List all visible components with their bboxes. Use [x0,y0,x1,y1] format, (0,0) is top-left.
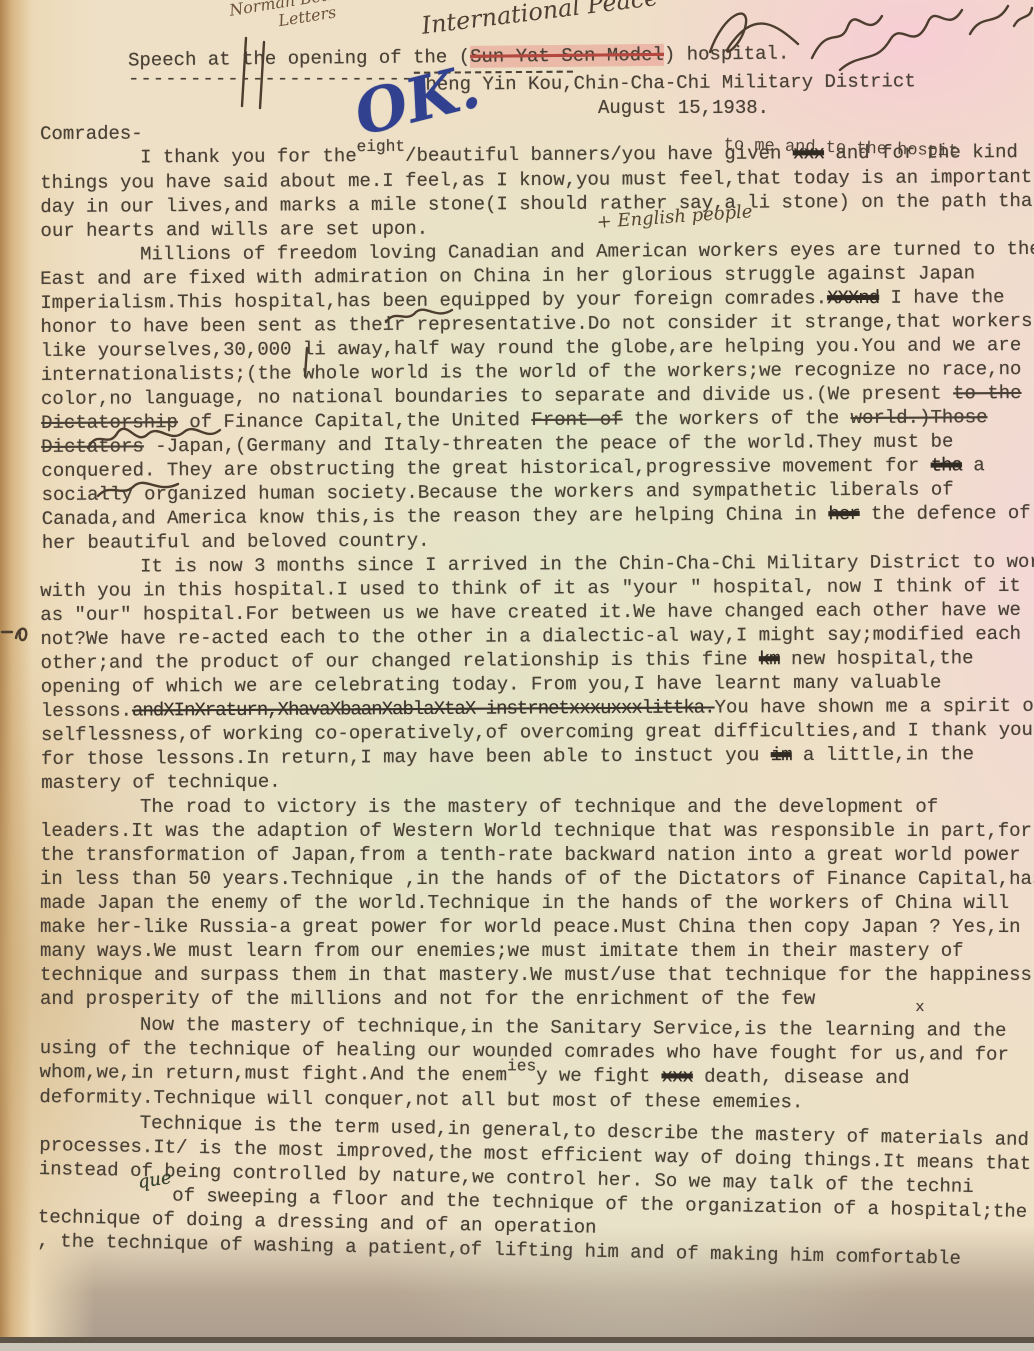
paragraph-3: It is now 3 months since I arrived in th… [40,550,1034,795]
paragraph-2: Millions of freedom loving Canadian and … [40,237,1034,555]
typed-segment: The road to victory is the mastery of te… [40,796,1034,1010]
paragraph-4: The road to victory is the mastery of te… [40,795,1034,1012]
title-struck-text: Sun Yat Sen Model [470,44,664,68]
typed-segment-xout: andXInXraturn,XhavaXbaanXablaXtaX instrn… [132,696,715,721]
typed-segment-blot: XXXnd [827,287,879,309]
typed-segment-blot: im [771,744,792,766]
document-body: Comrades-I thank you for theeight/beauti… [0,122,1034,1253]
paragraph-6: Technique is the term used,in general,to… [37,1109,1034,1272]
paragraph-1: I thank you for theeight/beautiful banne… [40,140,1034,243]
desk-surface [0,1343,1034,1351]
typed-segment: of Finance Capital,the United [178,409,532,433]
typed-segment: Comrades- [40,122,143,145]
scanned-document-page: Speech at the opening of the (Sun Yat Se… [0,0,1034,1351]
typed-segment: y we fight [536,1064,662,1087]
typed-segment-struck: world.)Those [851,406,988,429]
typed-segment-struck: Dictators [41,435,144,458]
typed-segment: -Japan,(Germany and Italy-threaten the p… [41,430,953,482]
typed-segment: I thank you for the [140,145,357,168]
paragraph-5: Now the mastery of technique,in the Sani… [39,1012,1034,1116]
typed-segment-struck: Front of [531,408,622,431]
date-line: August 15,1938. [598,97,769,119]
typed-segment-above: ies [507,1054,536,1078]
typed-segment-sub: x [815,995,924,1019]
typed-segment: /beautiful banners/you have given [405,142,793,166]
typed-segment-blot: xxx [661,1065,692,1087]
typed-segment-blot: her [828,503,859,525]
typed-segment-blot: km [759,648,780,670]
typed-segment-blot: xxx [793,142,824,164]
margin-tick-scribble [240,36,270,114]
typed-segment-blot: tha [931,454,962,476]
typed-segment-above: eight [357,135,406,159]
received-handwriting-scribble [690,0,1034,88]
typed-segment: the workers of the [623,407,851,430]
